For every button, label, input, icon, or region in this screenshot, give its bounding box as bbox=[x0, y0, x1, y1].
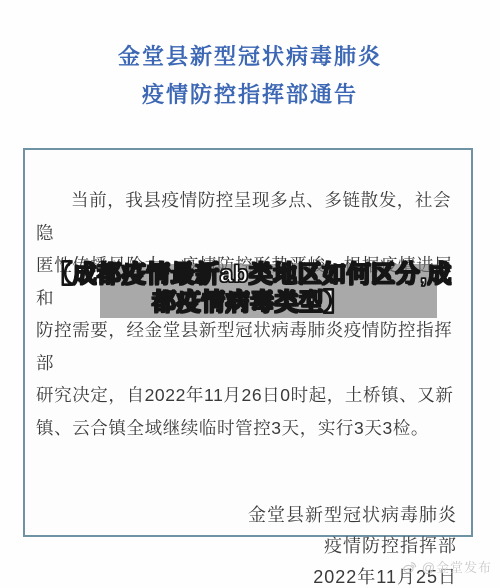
notice-body-line: 研究决定，自2022年11月26日0时起，土桥镇、又新 bbox=[36, 379, 460, 412]
signature-date: 2022年11月25日 bbox=[25, 562, 457, 588]
notice-body-line: 防控需要，经金堂县新型冠状病毒肺炎疫情防控指挥部 bbox=[36, 314, 460, 379]
caption-line1: 【成都疫情最新ab类地区如何区分,成 bbox=[0, 261, 500, 289]
notice-image: 金堂县新型冠状病毒肺炎 疫情防控指挥部通告 当前，我县疫情防控呈现多点、多链散发… bbox=[0, 0, 500, 588]
caption-line2: 都疫情病毒类型】 bbox=[0, 289, 500, 317]
notice-body-line: 当前，我县疫情防控呈现多点、多链散发，社会隐 bbox=[36, 184, 460, 249]
caption-text: 【成都疫情最新ab类地区如何区分,成 都疫情病毒类型】 bbox=[0, 261, 500, 317]
notice-body-line: 镇、云合镇全域继续临时管控3天，实行3天3检。 bbox=[36, 412, 460, 445]
notice-title-line2: 疫情防控指挥部通告 bbox=[0, 76, 500, 114]
signature-org-line1: 金堂县新型冠状病毒肺炎 bbox=[25, 500, 457, 531]
notice-title: 金堂县新型冠状病毒肺炎 疫情防控指挥部通告 bbox=[0, 38, 500, 114]
notice-title-line1: 金堂县新型冠状病毒肺炎 bbox=[0, 38, 500, 76]
signature-org-line2: 疫情防控指挥部 bbox=[25, 531, 457, 562]
watermark: @金堂发布 bbox=[402, 557, 492, 576]
watermark-text: @金堂发布 bbox=[422, 557, 492, 576]
notice-panel: 当前，我县疫情防控呈现多点、多链散发，社会隐 匿性传播风险大，疫情防控形势严峻。… bbox=[23, 148, 473, 537]
weibo-icon bbox=[402, 559, 418, 575]
